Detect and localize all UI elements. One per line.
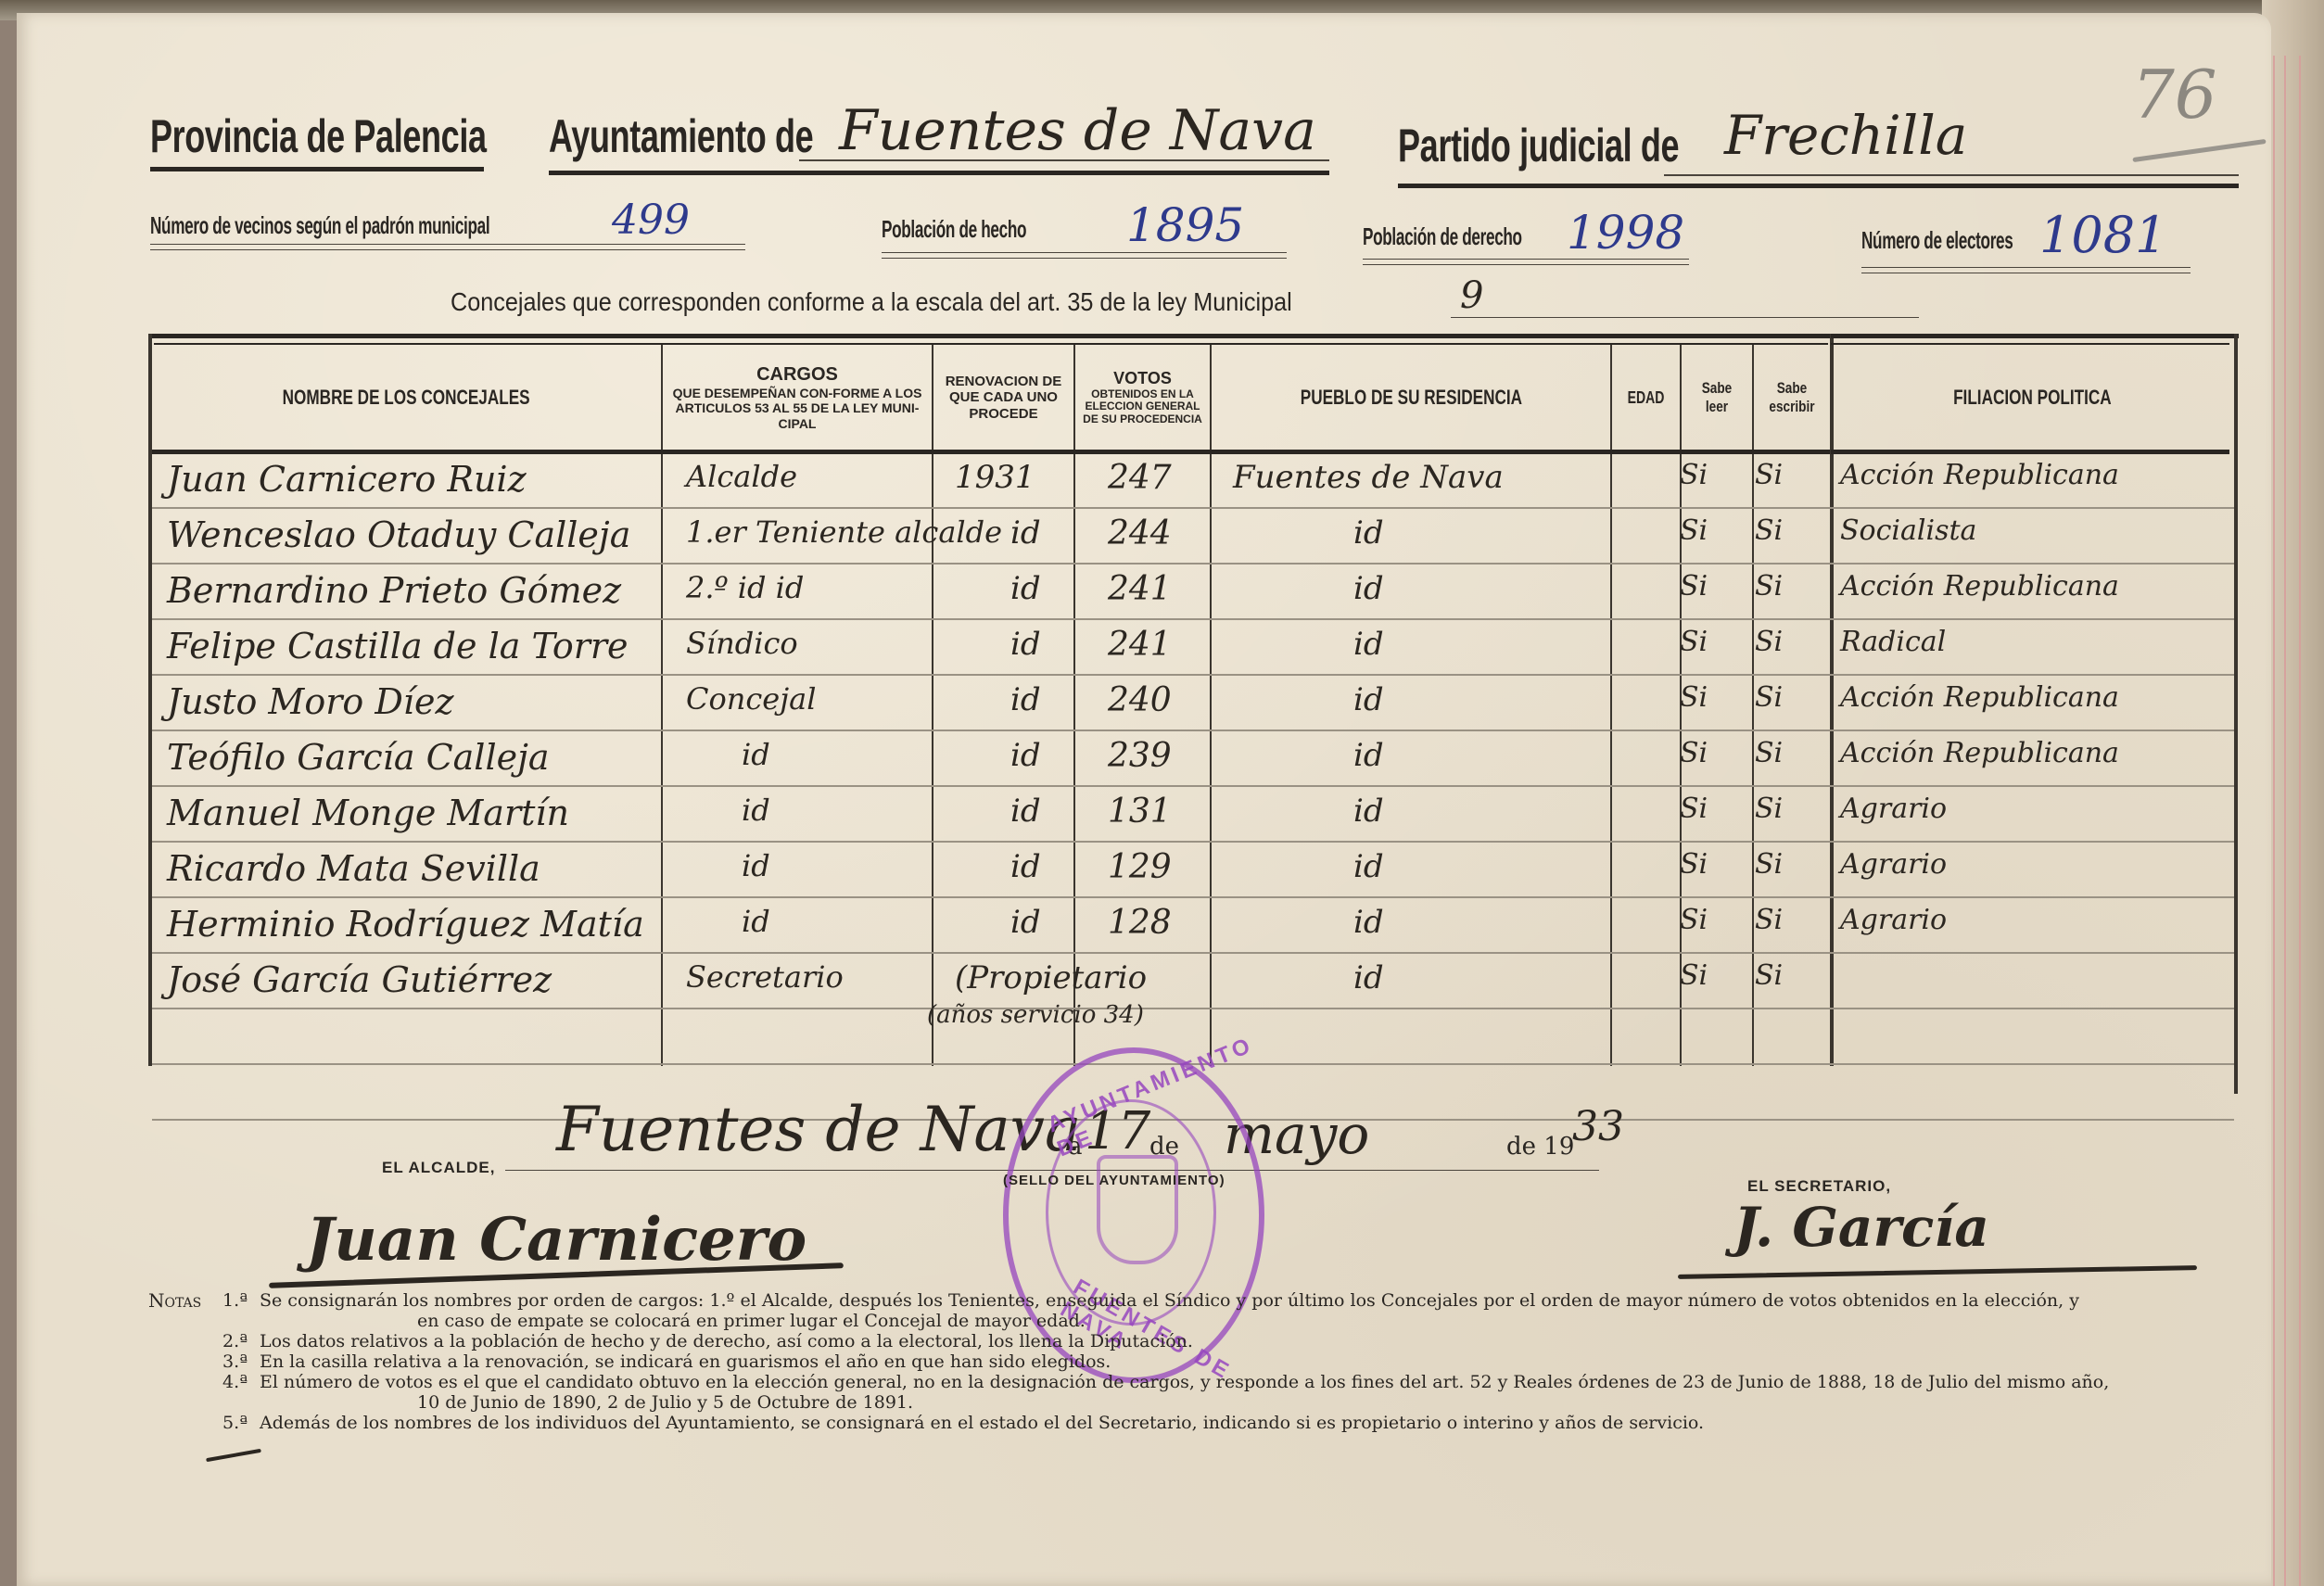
ayuntamiento-underline <box>549 171 1329 175</box>
alcalde-signature: Juan Carnicero <box>306 1205 806 1275</box>
concejales-rule <box>1451 317 1919 318</box>
provincia-underline <box>150 167 484 171</box>
notes-label: Notas <box>148 1290 201 1311</box>
cell-renovacion: (Propietario <box>955 959 1147 996</box>
cell-nombre: Bernardino Prieto Gómez <box>167 570 621 611</box>
note-text: Se consignarán los nombres por orden de … <box>260 1290 2079 1311</box>
ayuntamiento-line <box>799 159 1329 161</box>
cell-votos: 129 <box>1108 848 1172 886</box>
row-rule <box>152 730 2234 731</box>
row-rule <box>152 507 2234 509</box>
cell-nombre: Justo Moro Díez <box>167 681 453 722</box>
cell-pueblo: id <box>1353 626 1384 663</box>
cell-leer: Si <box>1680 459 1708 491</box>
poblacion-hecho-value: 1895 <box>1126 198 1244 252</box>
cell-nombre: Manuel Monge Martín <box>167 793 569 833</box>
cell-nombre: Juan Carnicero Ruiz <box>167 459 527 500</box>
note-item: 4.ªEl número de votos es el que el candi… <box>222 1372 2225 1392</box>
cell-votos: 239 <box>1108 737 1172 775</box>
note-text: En la casilla relativa a la renovación, … <box>260 1351 1111 1372</box>
cell-filiacion: Acción Republicana <box>1840 459 2119 491</box>
cell-filiacion: Acción Republicana <box>1840 570 2119 603</box>
derecho-rule <box>1363 259 1689 260</box>
date-year-suffix: 33 <box>1572 1103 1624 1150</box>
note-item: 3.ªEn la casilla relativa a la renovació… <box>222 1351 2225 1372</box>
cell-nombre: Ricardo Mata Sevilla <box>167 848 540 889</box>
cell-pueblo: id <box>1353 793 1384 830</box>
cell-filiacion: Agrario <box>1840 793 1947 825</box>
cell-votos: 240 <box>1108 681 1172 719</box>
cell-nombre: Felipe Castilla de la Torre <box>167 626 629 666</box>
coat-of-arms-icon <box>1097 1155 1178 1264</box>
note-continuation: en caso de empate se colocará en primer … <box>222 1311 2225 1331</box>
partido-label: Partido judicial de <box>1398 119 1679 172</box>
poblacion-derecho-label: Población de derecho <box>1363 222 1522 251</box>
cell-escribir: Si <box>1755 570 1783 603</box>
cell-pueblo: id <box>1353 959 1384 996</box>
cell-cargo: id <box>742 848 770 883</box>
page-edge-line <box>2284 56 2286 1586</box>
table-top-border <box>148 334 1834 338</box>
cell-pueblo: id <box>1353 848 1384 885</box>
ayuntamiento-value: Fuentes de Nava <box>839 98 1316 163</box>
page-edge-line <box>2273 56 2275 1586</box>
cell-renovacion: id <box>1010 626 1041 663</box>
cell-renovacion: id <box>1010 514 1041 552</box>
note-continuation: 10 de Junio de 1890, 2 de Julio y 5 de O… <box>222 1392 2225 1413</box>
header-filiacion: FILIACION POLITICA <box>1833 347 2231 449</box>
cell-pueblo: Fuentes de Nava <box>1233 459 1504 496</box>
cell-renovacion: id <box>1010 848 1041 885</box>
page-number: 76 <box>2132 56 2217 133</box>
row-rule <box>152 1008 2234 1009</box>
table-right-border <box>2234 334 2238 1094</box>
table-top-border-filiacion-inner <box>1831 343 2229 345</box>
note-number: 3.ª <box>222 1351 260 1372</box>
cell-filiacion: Socialista <box>1840 514 1976 547</box>
cell-leer: Si <box>1680 626 1708 658</box>
cell-escribir: Si <box>1755 737 1783 769</box>
header-edad: EDAD <box>1612 347 1680 449</box>
cell-pueblo: id <box>1353 570 1384 607</box>
page-edge-line <box>2299 56 2301 1586</box>
cell-escribir: Si <box>1755 959 1783 992</box>
cell-pueblo: id <box>1353 681 1384 718</box>
electores-rule <box>1861 267 2191 268</box>
row-rule <box>152 563 2234 565</box>
ayuntamiento-label: Ayuntamiento de <box>549 109 813 163</box>
cell-leer: Si <box>1680 848 1708 881</box>
header-votos: VOTOS OBTENIDOS EN LA ELECCION GENERAL D… <box>1075 347 1210 449</box>
row-rule <box>152 785 2234 787</box>
cell-votos: 128 <box>1108 904 1172 942</box>
cell-leer: Si <box>1680 793 1708 825</box>
concejales-label: Concejales que corresponden conforme a l… <box>451 287 1292 317</box>
cell-renovacion: id <box>1010 904 1041 941</box>
derecho-rule <box>1363 264 1689 265</box>
cell-filiacion: Acción Republicana <box>1840 737 2119 769</box>
sello-label: (SELLO DEL AYUNTAMIENTO) <box>1003 1173 1225 1188</box>
cell-nombre: José García Gutiérrez <box>167 959 552 1000</box>
note-item: 1.ªSe consignarán los nombres por orden … <box>222 1290 2225 1311</box>
cell-cargo: Secretario <box>686 959 844 995</box>
header-cargos: CARGOS QUE DESEMPEÑAN CON-FORME A LOS AR… <box>663 347 932 449</box>
cell-votos: 241 <box>1108 626 1172 664</box>
note-number: 2.ª <box>222 1331 260 1351</box>
cell-renovacion: id <box>1010 737 1041 774</box>
cell-filiacion: Agrario <box>1840 904 1947 936</box>
cell-cargo: Concejal <box>686 681 816 717</box>
cell-filiacion: Radical <box>1840 626 1946 658</box>
concejales-value: 9 <box>1460 274 1483 317</box>
note-number: 1.ª <box>222 1290 260 1311</box>
header-sabe-escribir: Sabe escribir <box>1754 347 1830 449</box>
cell-escribir: Si <box>1755 626 1783 658</box>
cell-nombre: Teófilo García Calleja <box>167 737 550 778</box>
note-number: 4.ª <box>222 1372 260 1392</box>
hecho-rule <box>882 252 1287 253</box>
cell-nombre: Wenceslao Otaduy Calleja <box>167 514 630 555</box>
cell-votos: 244 <box>1108 514 1172 552</box>
cell-nombre: Herminio Rodríguez Matía <box>167 904 644 945</box>
cell-escribir: Si <box>1755 793 1783 825</box>
secretario-anos-note: (años servicio 34) <box>927 1001 1144 1029</box>
cell-votos: 247 <box>1108 459 1172 497</box>
cell-leer: Si <box>1680 904 1708 936</box>
cell-escribir: Si <box>1755 459 1783 491</box>
cell-cargo: id <box>742 793 770 828</box>
cell-filiacion: Acción Republicana <box>1840 681 2119 714</box>
cell-pueblo: id <box>1353 514 1384 552</box>
alcalde-label: EL ALCALDE, <box>382 1159 495 1177</box>
cell-cargo: Alcalde <box>686 459 797 494</box>
electores-value: 1081 <box>2039 206 2166 264</box>
note-number: 5.ª <box>222 1413 260 1433</box>
header-nombre: NOMBRE DE LOS CONCEJALES <box>152 347 661 449</box>
cell-cargo: 1.er Teniente alcalde <box>686 514 1002 550</box>
cell-leer: Si <box>1680 681 1708 714</box>
cell-cargo: Síndico <box>686 626 798 661</box>
row-rule <box>152 674 2234 676</box>
row-rule <box>152 952 2234 954</box>
cell-renovacion: id <box>1010 793 1041 830</box>
row-rule <box>152 841 2234 843</box>
cell-pueblo: id <box>1353 737 1384 774</box>
electores-label: Número de electores <box>1861 226 2013 255</box>
cell-cargo: id <box>742 737 770 772</box>
secretario-signature: J. García <box>1733 1196 1989 1259</box>
secretario-label: EL SECRETARIO, <box>1747 1177 1891 1196</box>
header-bottom-filiacion <box>1831 450 2229 454</box>
cell-votos: 241 <box>1108 570 1172 608</box>
cell-filiacion: Agrario <box>1840 848 1947 881</box>
cell-leer: Si <box>1680 959 1708 992</box>
note-text: Los datos relativos a la población de he… <box>260 1331 1193 1351</box>
vecinos-rule <box>150 244 745 245</box>
hecho-rule <box>882 258 1287 259</box>
electores-rule <box>1861 273 2191 273</box>
partido-underline <box>1398 184 2239 188</box>
cell-escribir: Si <box>1755 681 1783 714</box>
note-item: 5.ªAdemás de los nombres de los individu… <box>222 1413 2225 1433</box>
cell-pueblo: id <box>1353 904 1384 941</box>
cell-votos: 131 <box>1108 793 1172 831</box>
header-bottom-border <box>152 450 1830 454</box>
cell-renovacion: id <box>1010 570 1041 607</box>
cell-renovacion: 1931 <box>955 459 1035 496</box>
partido-line <box>1664 174 2239 176</box>
row-rule <box>152 896 2234 898</box>
cell-cargo: 2.º id id <box>686 570 804 605</box>
book-page-edges <box>2262 0 2324 1586</box>
cell-leer: Si <box>1680 737 1708 769</box>
poblacion-hecho-label: Población de hecho <box>882 215 1026 244</box>
cell-renovacion: id <box>1010 681 1041 718</box>
poblacion-derecho-value: 1998 <box>1567 206 1684 260</box>
header-pueblo: PUEBLO DE SU RESIDENCIA <box>1212 347 1610 449</box>
cell-escribir: Si <box>1755 848 1783 881</box>
cell-cargo: id <box>742 904 770 939</box>
vecinos-value: 499 <box>612 197 690 244</box>
note-text: Además de los nombres de los individuos … <box>260 1413 1704 1433</box>
cell-escribir: Si <box>1755 904 1783 936</box>
date-year-prefix: de 19 <box>1506 1133 1574 1161</box>
note-text: El número de votos es el que el candidat… <box>260 1372 2109 1392</box>
table-top-border-filiacion <box>1831 334 2239 338</box>
row-rule <box>152 618 2234 620</box>
cell-leer: Si <box>1680 570 1708 603</box>
cell-leer: Si <box>1680 514 1708 547</box>
table-top-border-inner <box>154 343 1828 345</box>
vecinos-rule <box>150 249 745 250</box>
date-place: Fuentes de Nava <box>556 1094 1081 1165</box>
vecinos-label: Número de vecinos según el padrón munici… <box>150 211 489 240</box>
note-item: 2.ªLos datos relativos a la población de… <box>222 1331 2225 1351</box>
partido-value: Frechilla <box>1724 104 1967 167</box>
header-sabe-leer: Sabe leer <box>1682 347 1752 449</box>
cell-escribir: Si <box>1755 514 1783 547</box>
header-renovacion: RENOVACION DE QUE CADA UNO PROCEDE <box>933 347 1073 449</box>
provincia-label: Provincia de Palencia <box>150 109 487 163</box>
